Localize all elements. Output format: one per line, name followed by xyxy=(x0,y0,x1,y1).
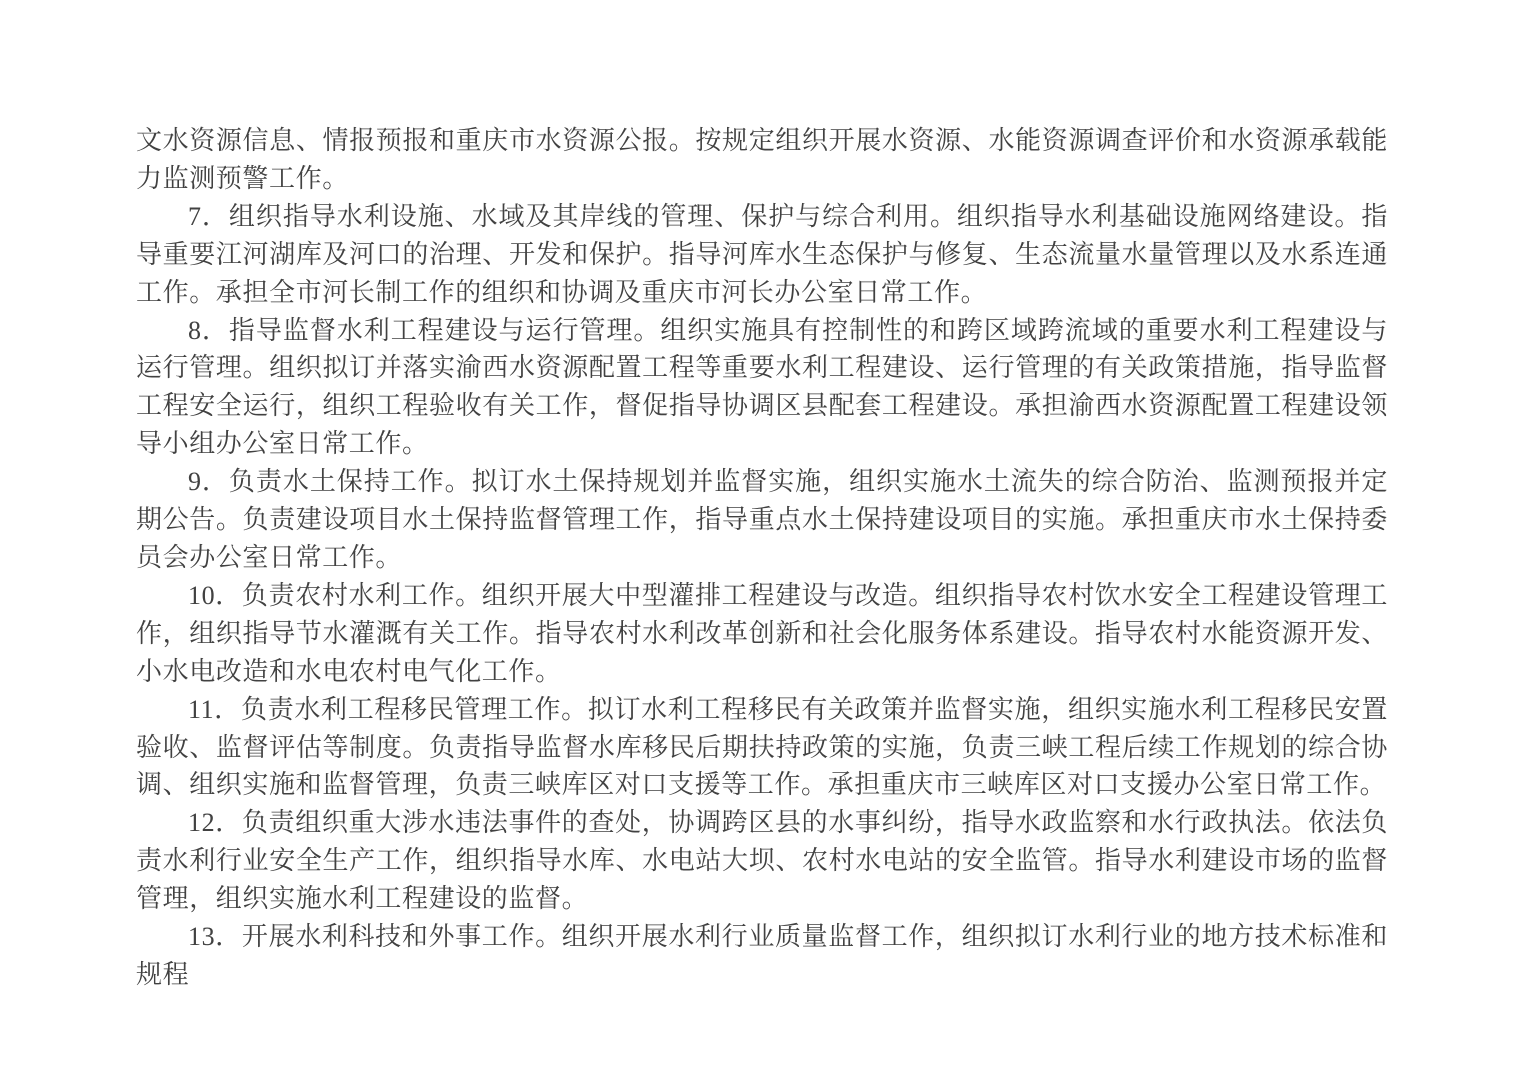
paragraph-item-11: 11．负责水利工程移民管理工作。拟订水利工程移民有关政策并监督实施，组织实施水利… xyxy=(136,691,1388,805)
paragraph-continuation: 文水资源信息、情报预报和重庆市水资源公报。按规定组织开展水资源、水能资源调查评价… xyxy=(136,122,1388,198)
paragraph-item-13: 13．开展水利科技和外事工作。组织开展水利行业质量监督工作，组织拟订水利行业的地… xyxy=(136,918,1388,994)
paragraph-item-9: 9．负责水土保持工作。拟订水土保持规划并监督实施，组织实施水土流失的综合防治、监… xyxy=(136,463,1388,577)
paragraph-item-8: 8．指导监督水利工程建设与运行管理。组织实施具有控制性的和跨区域跨流域的重要水利… xyxy=(136,312,1388,464)
document-text-block: 文水资源信息、情报预报和重庆市水资源公报。按规定组织开展水资源、水能资源调查评价… xyxy=(136,122,1388,994)
paragraph-item-7: 7．组织指导水利设施、水域及其岸线的管理、保护与综合利用。组织指导水利基础设施网… xyxy=(136,198,1388,312)
paragraph-item-12: 12．负责组织重大涉水违法事件的查处，协调跨区县的水事纠纷，指导水政监察和水行政… xyxy=(136,804,1388,918)
paragraph-item-10: 10．负责农村水利工作。组织开展大中型灌排工程建设与改造。组织指导农村饮水安全工… xyxy=(136,577,1388,691)
document-page: 文水资源信息、情报预报和重庆市水资源公报。按规定组织开展水资源、水能资源调查评价… xyxy=(0,0,1520,1074)
